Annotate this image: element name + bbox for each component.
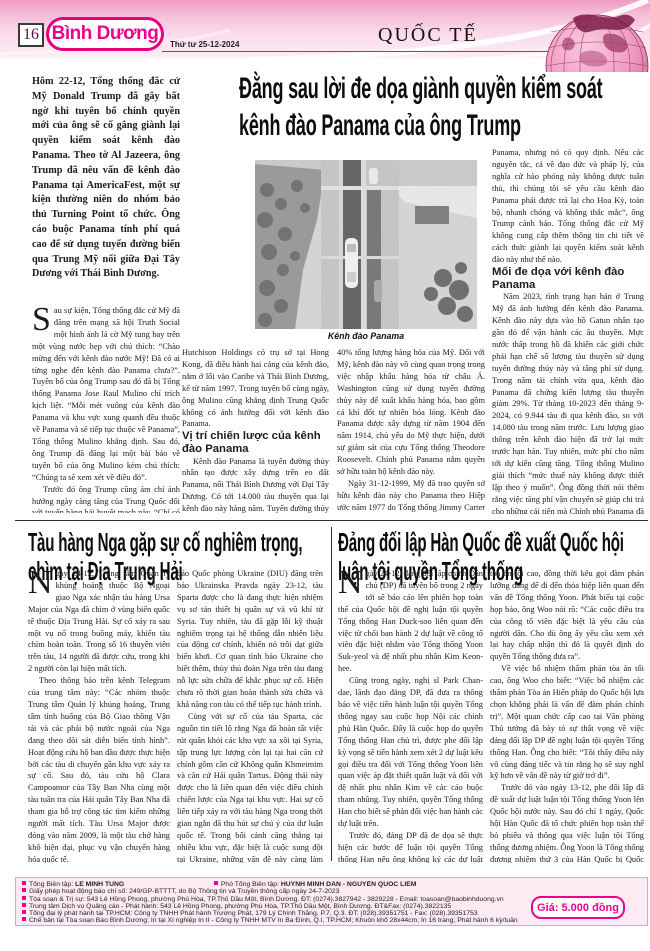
square-bullet-icon	[22, 888, 26, 892]
footer-line: Giấy phép hoạt động báo chí số: 249/GP-B…	[29, 888, 339, 895]
main-article-column-3: 40% tổng lượng hàng hóa của Mỹ. Đối với …	[337, 347, 485, 514]
drop-cap: N	[338, 569, 363, 596]
page-number: 16	[18, 23, 44, 47]
square-bullet-icon	[22, 910, 26, 914]
main-article-column-2: Hutchison Holdings có trụ sở tại Hong Ko…	[182, 347, 329, 514]
paragraph: Panama, nhưng nó có quy định. Nếu các ng…	[492, 147, 644, 266]
square-bullet-icon	[22, 903, 26, 907]
paragraph: Sau sự kiện, Tổng thống đắc cử Mỹ đã đăn…	[32, 305, 180, 484]
paragraph: tòa án tối cao, đồng thời kêu gọi đàm ph…	[490, 568, 644, 663]
drop-cap: S	[32, 306, 51, 333]
main-article-headline: Đằng sau lời đe dọa giành quyền kiểm soá…	[239, 70, 602, 144]
editor-label: Tổng Biên tập:	[29, 881, 73, 888]
headline-line-1: Đảng đối lập Hàn Quốc đề xuất Quốc hội	[338, 528, 624, 557]
deputy-names: HUỲNH MINH DÂN - NGUYỄN QUỐC LIÊM	[281, 881, 417, 888]
ship-article-column-2: báo Quốc phòng Ukraine (DIU) đăng trên b…	[177, 568, 323, 863]
paragraph: Hutchison Holdings có trụ sở tại Hong Ko…	[182, 347, 329, 430]
panama-canal-photo	[255, 160, 477, 329]
issue-date: Thứ tư 25-12-2024	[170, 40, 239, 49]
newspaper-logo: Bình Dương	[46, 17, 164, 51]
paragraph-text: au sự kiện, Tổng thống đắc cử Mỹ đã đăng…	[32, 306, 180, 482]
price-badge: Giá: 5.000 đồng	[531, 896, 625, 919]
paragraph: Cũng trong ngày, nghị sĩ Park Chan-dae, …	[338, 675, 483, 830]
subheading: Vị trí chiến lược của kênh đào Panama	[182, 430, 329, 455]
drop-cap: N	[28, 569, 53, 596]
square-bullet-icon	[22, 917, 26, 921]
headline-line-2: kênh đào Panama của ông Trump	[239, 107, 602, 144]
main-article-intro: Hôm 22-12, Tổng thống đắc cử Mỹ Donald T…	[32, 75, 180, 303]
footer-line: Trung tâm Dịch vụ Quảng cáo - Phát hành:…	[29, 903, 451, 910]
paragraph: Ngày 31-12-1999, Mỹ đã trao quyền sở hữu…	[337, 478, 485, 514]
footer-row: Giấy phép hoạt động báo chí số: 249/GP-B…	[22, 888, 641, 895]
footer-row-editors: Tổng Biên tập: LÊ MINH TÙNG Phó Tổng Biê…	[22, 881, 641, 888]
paragraph: 40% tổng lượng hàng hóa của Mỹ. Đối với …	[337, 347, 485, 478]
footer-line: Tòa soạn & Trị sự: 543 Lê Hồng Phong, ph…	[29, 896, 504, 903]
square-bullet-icon	[22, 881, 26, 885]
globe-icon	[543, 4, 650, 72]
korea-article-column-1: Ngày 24-12, đảng đối lập chính Dân chủ (…	[338, 568, 483, 863]
footer-line: Chế bản tại Tòa soạn Báo Bình Dương; In …	[29, 917, 518, 924]
paragraph: Kênh đào Panama là tuyến đường thủy nhân…	[182, 456, 329, 514]
horizontal-divider	[15, 520, 648, 521]
paragraph: Ngày 24-12, Trung tâm Quản lý khủng hoản…	[28, 568, 170, 675]
newspaper-page: 16 Bình Dương Thứ tư 25-12-2024 QUỐC TẾ	[0, 0, 650, 951]
photo-caption: Kênh đào Panama	[255, 331, 477, 341]
ship-article-column-1: Ngày 24-12, Trung tâm Quản lý khủng hoản…	[28, 568, 170, 863]
footer-line: Tổng đại lý phát hành tại TP.HCM: Công t…	[29, 910, 478, 917]
paragraph: Năm 2023, tình trạng hạn hán ở Trung Mỹ …	[492, 291, 644, 514]
section-title: QUỐC TẾ	[378, 24, 478, 47]
main-article-column-1: Sau sự kiện, Tổng thống đắc cử Mỹ đã đăn…	[32, 305, 180, 513]
paragraph: Cùng với sự cố của tàu Sparta, các nguồn…	[177, 711, 323, 863]
newspaper-logo-text: Bình Dương	[52, 23, 159, 45]
headline-line-1: Tàu hàng Nga gặp sự cố nghiêm trọng,	[28, 528, 302, 557]
paragraph: báo Quốc phòng Ukraine (DIU) đăng trên b…	[177, 568, 323, 711]
korea-article-column-2: tòa án tối cao, đồng thời kêu gọi đàm ph…	[490, 568, 644, 863]
editor-name: LÊ MINH TÙNG	[75, 881, 124, 888]
vertical-divider	[331, 527, 332, 861]
paragraph: Về việc bổ nhiệm thẩm phán tòa án tối ca…	[490, 663, 644, 782]
main-article-column-4: Panama, nhưng nó có quy định. Nếu các ng…	[492, 147, 644, 514]
square-bullet-icon	[22, 896, 26, 900]
headline-line-1: Đằng sau lời đe dọa giành quyền kiểm soá…	[239, 70, 602, 107]
paragraph: Trước đó vào ngày 13-12, phe đối lập đã …	[490, 782, 644, 863]
subheading: Mối đe dọa với kênh đào Panama	[492, 266, 644, 291]
paragraph: Trước đó, đảng DP đã đe dọa sẽ thực hiện…	[338, 830, 483, 863]
paragraph: Trước đó ông Trump cũng ám chỉ ảnh hưởng…	[32, 484, 180, 513]
paragraph: Ngày 24-12, đảng đối lập chính Dân chủ (…	[338, 568, 483, 675]
deputy-label: Phó Tổng Biên tập:	[221, 881, 279, 888]
square-bullet-icon	[214, 881, 218, 885]
paragraph: Theo thông báo trên kênh Telegram của tr…	[28, 675, 170, 863]
